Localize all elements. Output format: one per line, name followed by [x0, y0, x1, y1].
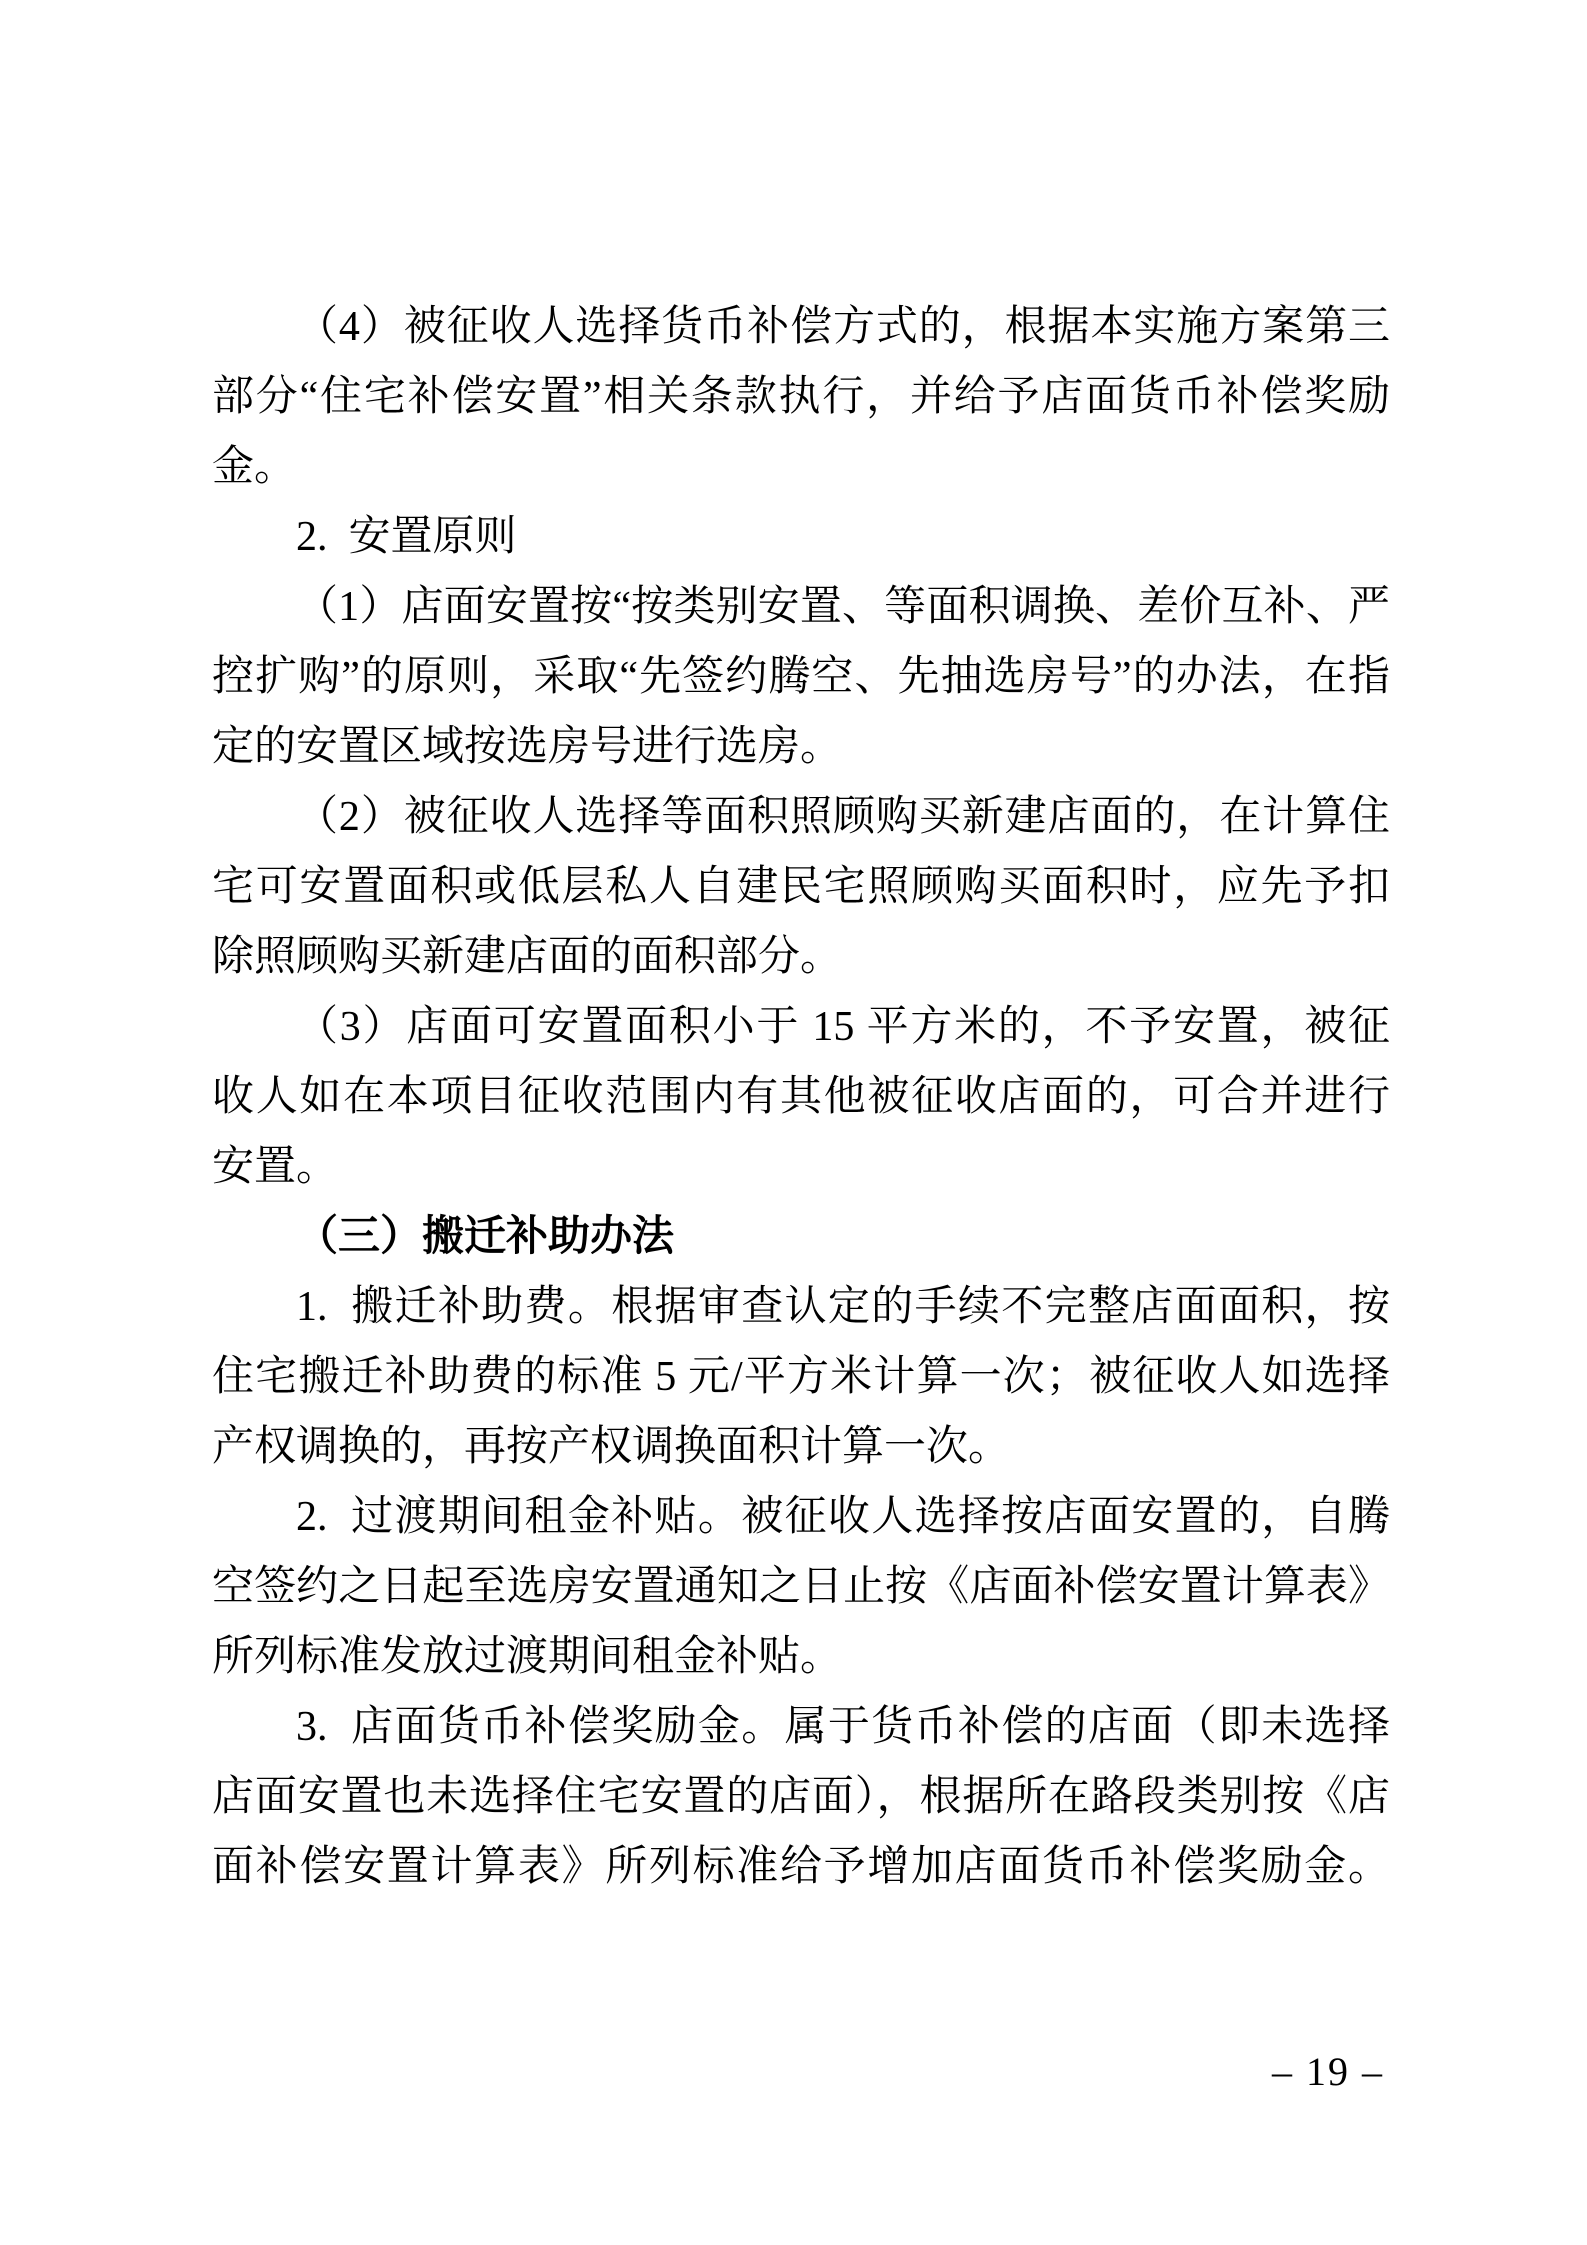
text-line: 收人如在本项目征收范围内有其他被征收店面的，可合并进行 [212, 1062, 1390, 1132]
text-line: （3）店面可安置面积小于 15 平方米的，不予安置，被征 [212, 992, 1390, 1062]
text-line: 所列标准发放过渡期间租金补贴。 [212, 1622, 1390, 1692]
document-page: （4）被征收人选择货币补偿方式的，根据本实施方案第三部分“住宅补偿安置”相关条款… [0, 0, 1587, 2245]
text-line: 控扩购”的原则，采取“先签约腾空、先抽选房号”的办法，在指 [212, 642, 1390, 712]
text-line: （1）店面安置按“按类别安置、等面积调换、差价互补、严 [212, 572, 1390, 642]
text-line: 住宅搬迁补助费的标准 5 元/平方米计算一次；被征收人如选择 [212, 1342, 1390, 1412]
text-line: （4）被征收人选择货币补偿方式的，根据本实施方案第三 [212, 292, 1390, 362]
text-block: （4）被征收人选择货币补偿方式的，根据本实施方案第三部分“住宅补偿安置”相关条款… [212, 292, 1390, 1902]
text-line: 店面安置也未选择住宅安置的店面），根据所在路段类别按《店 [212, 1762, 1390, 1832]
text-line: 金。 [212, 432, 1390, 502]
text-line: 1. 搬迁补助费。根据审查认定的手续不完整店面面积，按 [212, 1272, 1390, 1342]
text-line: 2. 过渡期间租金补贴。被征收人选择按店面安置的，自腾 [212, 1482, 1390, 1552]
text-line: 面补偿安置计算表》所列标准给予增加店面货币补偿奖励金。 [212, 1832, 1390, 1902]
page-number: – 19 – [1272, 2044, 1384, 2100]
text-line: 部分“住宅补偿安置”相关条款执行，并给予店面货币补偿奖励 [212, 362, 1390, 432]
text-line: 定的安置区域按选房号进行选房。 [212, 712, 1390, 782]
text-line: 产权调换的，再按产权调换面积计算一次。 [212, 1412, 1390, 1482]
text-line: 宅可安置面积或低层私人自建民宅照顾购买面积时，应先予扣 [212, 852, 1390, 922]
text-line: 除照顾购买新建店面的面积部分。 [212, 922, 1390, 992]
text-line: 2. 安置原则 [212, 502, 1390, 572]
text-line: 空签约之日起至选房安置通知之日止按《店面补偿安置计算表》 [212, 1552, 1390, 1622]
text-line: 3. 店面货币补偿奖励金。属于货币补偿的店面（即未选择 [212, 1692, 1390, 1762]
text-line: 安置。 [212, 1132, 1390, 1202]
text-line: （2）被征收人选择等面积照顾购买新建店面的，在计算住 [212, 782, 1390, 852]
section-heading: （三）搬迁补助办法 [212, 1202, 1390, 1272]
